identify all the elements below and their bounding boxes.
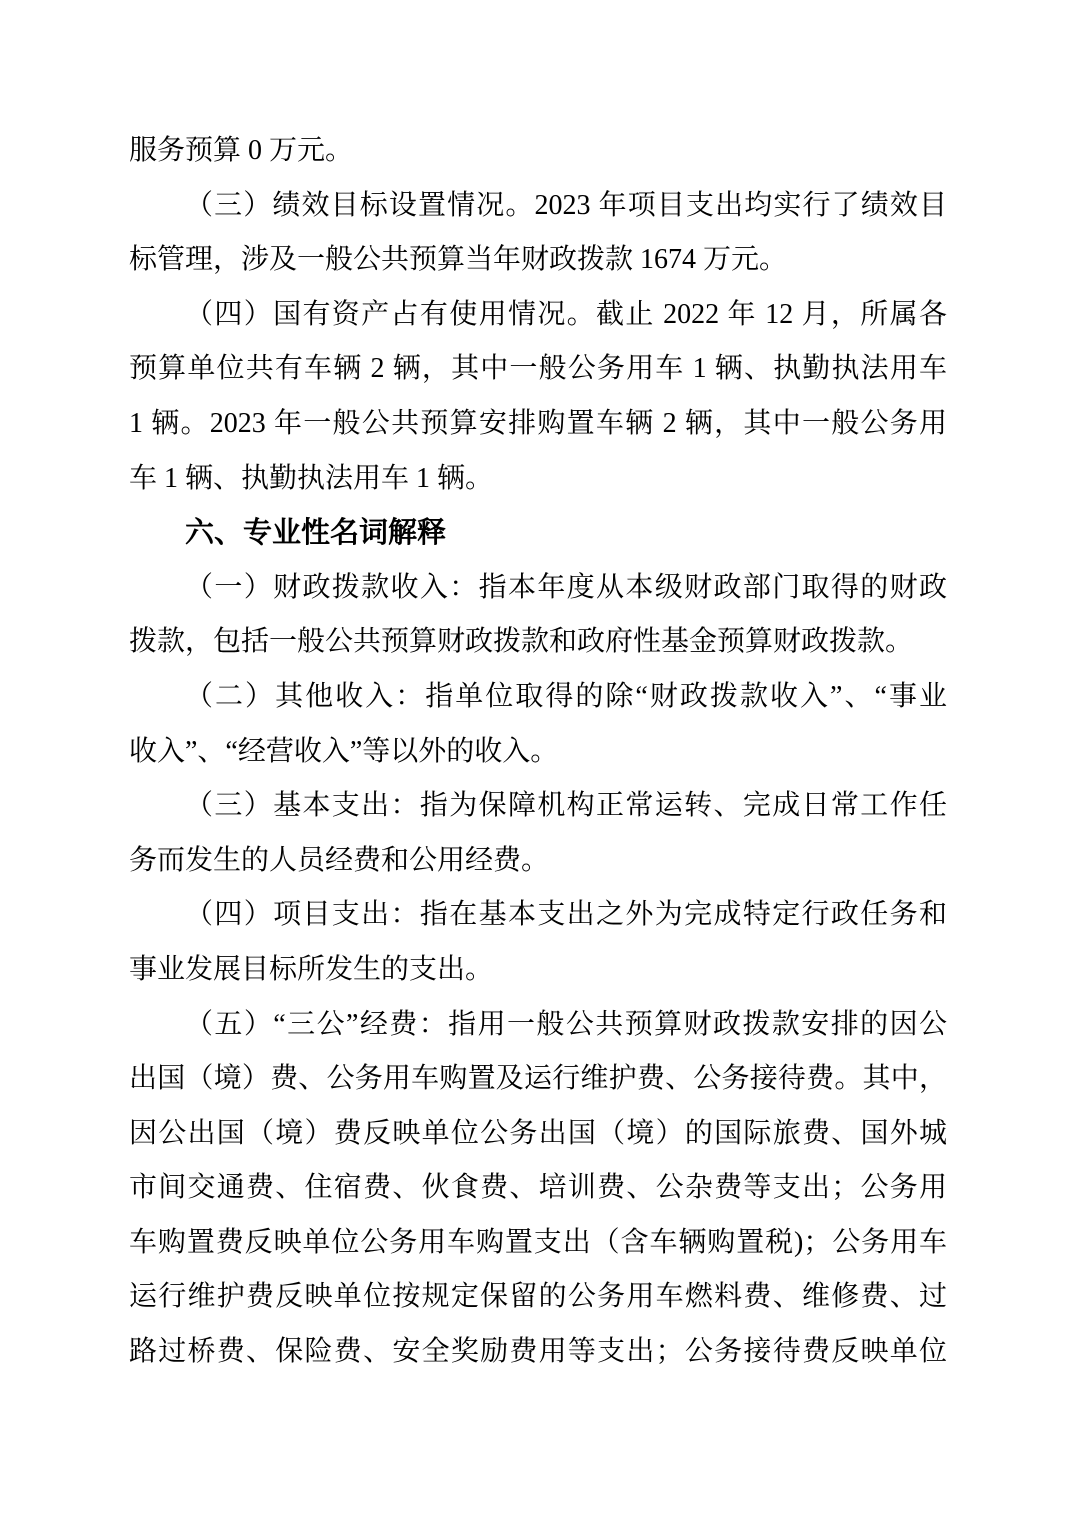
paragraph-line: 路过桥费、保险费、安全奖励费用等支出；公务接待费反映单位	[129, 1325, 947, 1380]
paragraph-line: 标管理，涉及一般公共预算当年财政拨款 1674 万元。	[129, 233, 947, 288]
document-page: 服务预算 0 万元。（三）绩效目标设置情况。2023 年项目支出均实行了绩效目标…	[0, 0, 1074, 1520]
paragraph-line: 车购置费反映单位公务用车购置支出（含车辆购置税)；公务用车	[129, 1216, 947, 1271]
section-heading: 六、专业性名词解释	[129, 506, 947, 561]
paragraph-line: （四）项目支出：指在基本支出之外为完成特定行政任务和	[129, 888, 947, 943]
paragraph-line: 市间交通费、住宿费、伙食费、培训费、公杂费等支出；公务用	[129, 1161, 947, 1216]
paragraph-line: 收入”、“经营收入”等以外的收入。	[129, 725, 947, 780]
paragraph-line: 车 1 辆、执勤执法用车 1 辆。	[129, 452, 947, 507]
paragraph-line: 服务预算 0 万元。	[129, 124, 947, 179]
paragraph-line: 1 辆。2023 年一般公共预算安排购置车辆 2 辆，其中一般公务用	[129, 397, 947, 452]
paragraph-line: （五）“三公”经费：指用一般公共预算财政拨款安排的因公	[129, 998, 947, 1053]
document-body: 服务预算 0 万元。（三）绩效目标设置情况。2023 年项目支出均实行了绩效目标…	[129, 124, 947, 1380]
paragraph-line: 拨款，包括一般公共预算财政拨款和政府性基金预算财政拨款。	[129, 615, 947, 670]
paragraph-line: 因公出国（境）费反映单位公务出国（境）的国际旅费、国外城	[129, 1107, 947, 1162]
paragraph-line: 出国（境）费、公务用车购置及运行维护费、公务接待费。其中，	[129, 1052, 947, 1107]
paragraph-line: （一）财政拨款收入：指本年度从本级财政部门取得的财政	[129, 561, 947, 616]
paragraph-line: 预算单位共有车辆 2 辆，其中一般公务用车 1 辆、执勤执法用车	[129, 342, 947, 397]
paragraph-line: （四）国有资产占有使用情况。截止 2022 年 12 月，所属各	[129, 288, 947, 343]
paragraph-line: （二）其他收入：指单位取得的除“财政拨款收入”、“事业	[129, 670, 947, 725]
paragraph-line: 运行维护费反映单位按规定保留的公务用车燃料费、维修费、过	[129, 1270, 947, 1325]
paragraph-line: （三）绩效目标设置情况。2023 年项目支出均实行了绩效目	[129, 179, 947, 234]
paragraph-line: （三）基本支出：指为保障机构正常运转、完成日常工作任	[129, 779, 947, 834]
paragraph-line: 事业发展目标所发生的支出。	[129, 943, 947, 998]
paragraph-line: 务而发生的人员经费和公用经费。	[129, 834, 947, 889]
